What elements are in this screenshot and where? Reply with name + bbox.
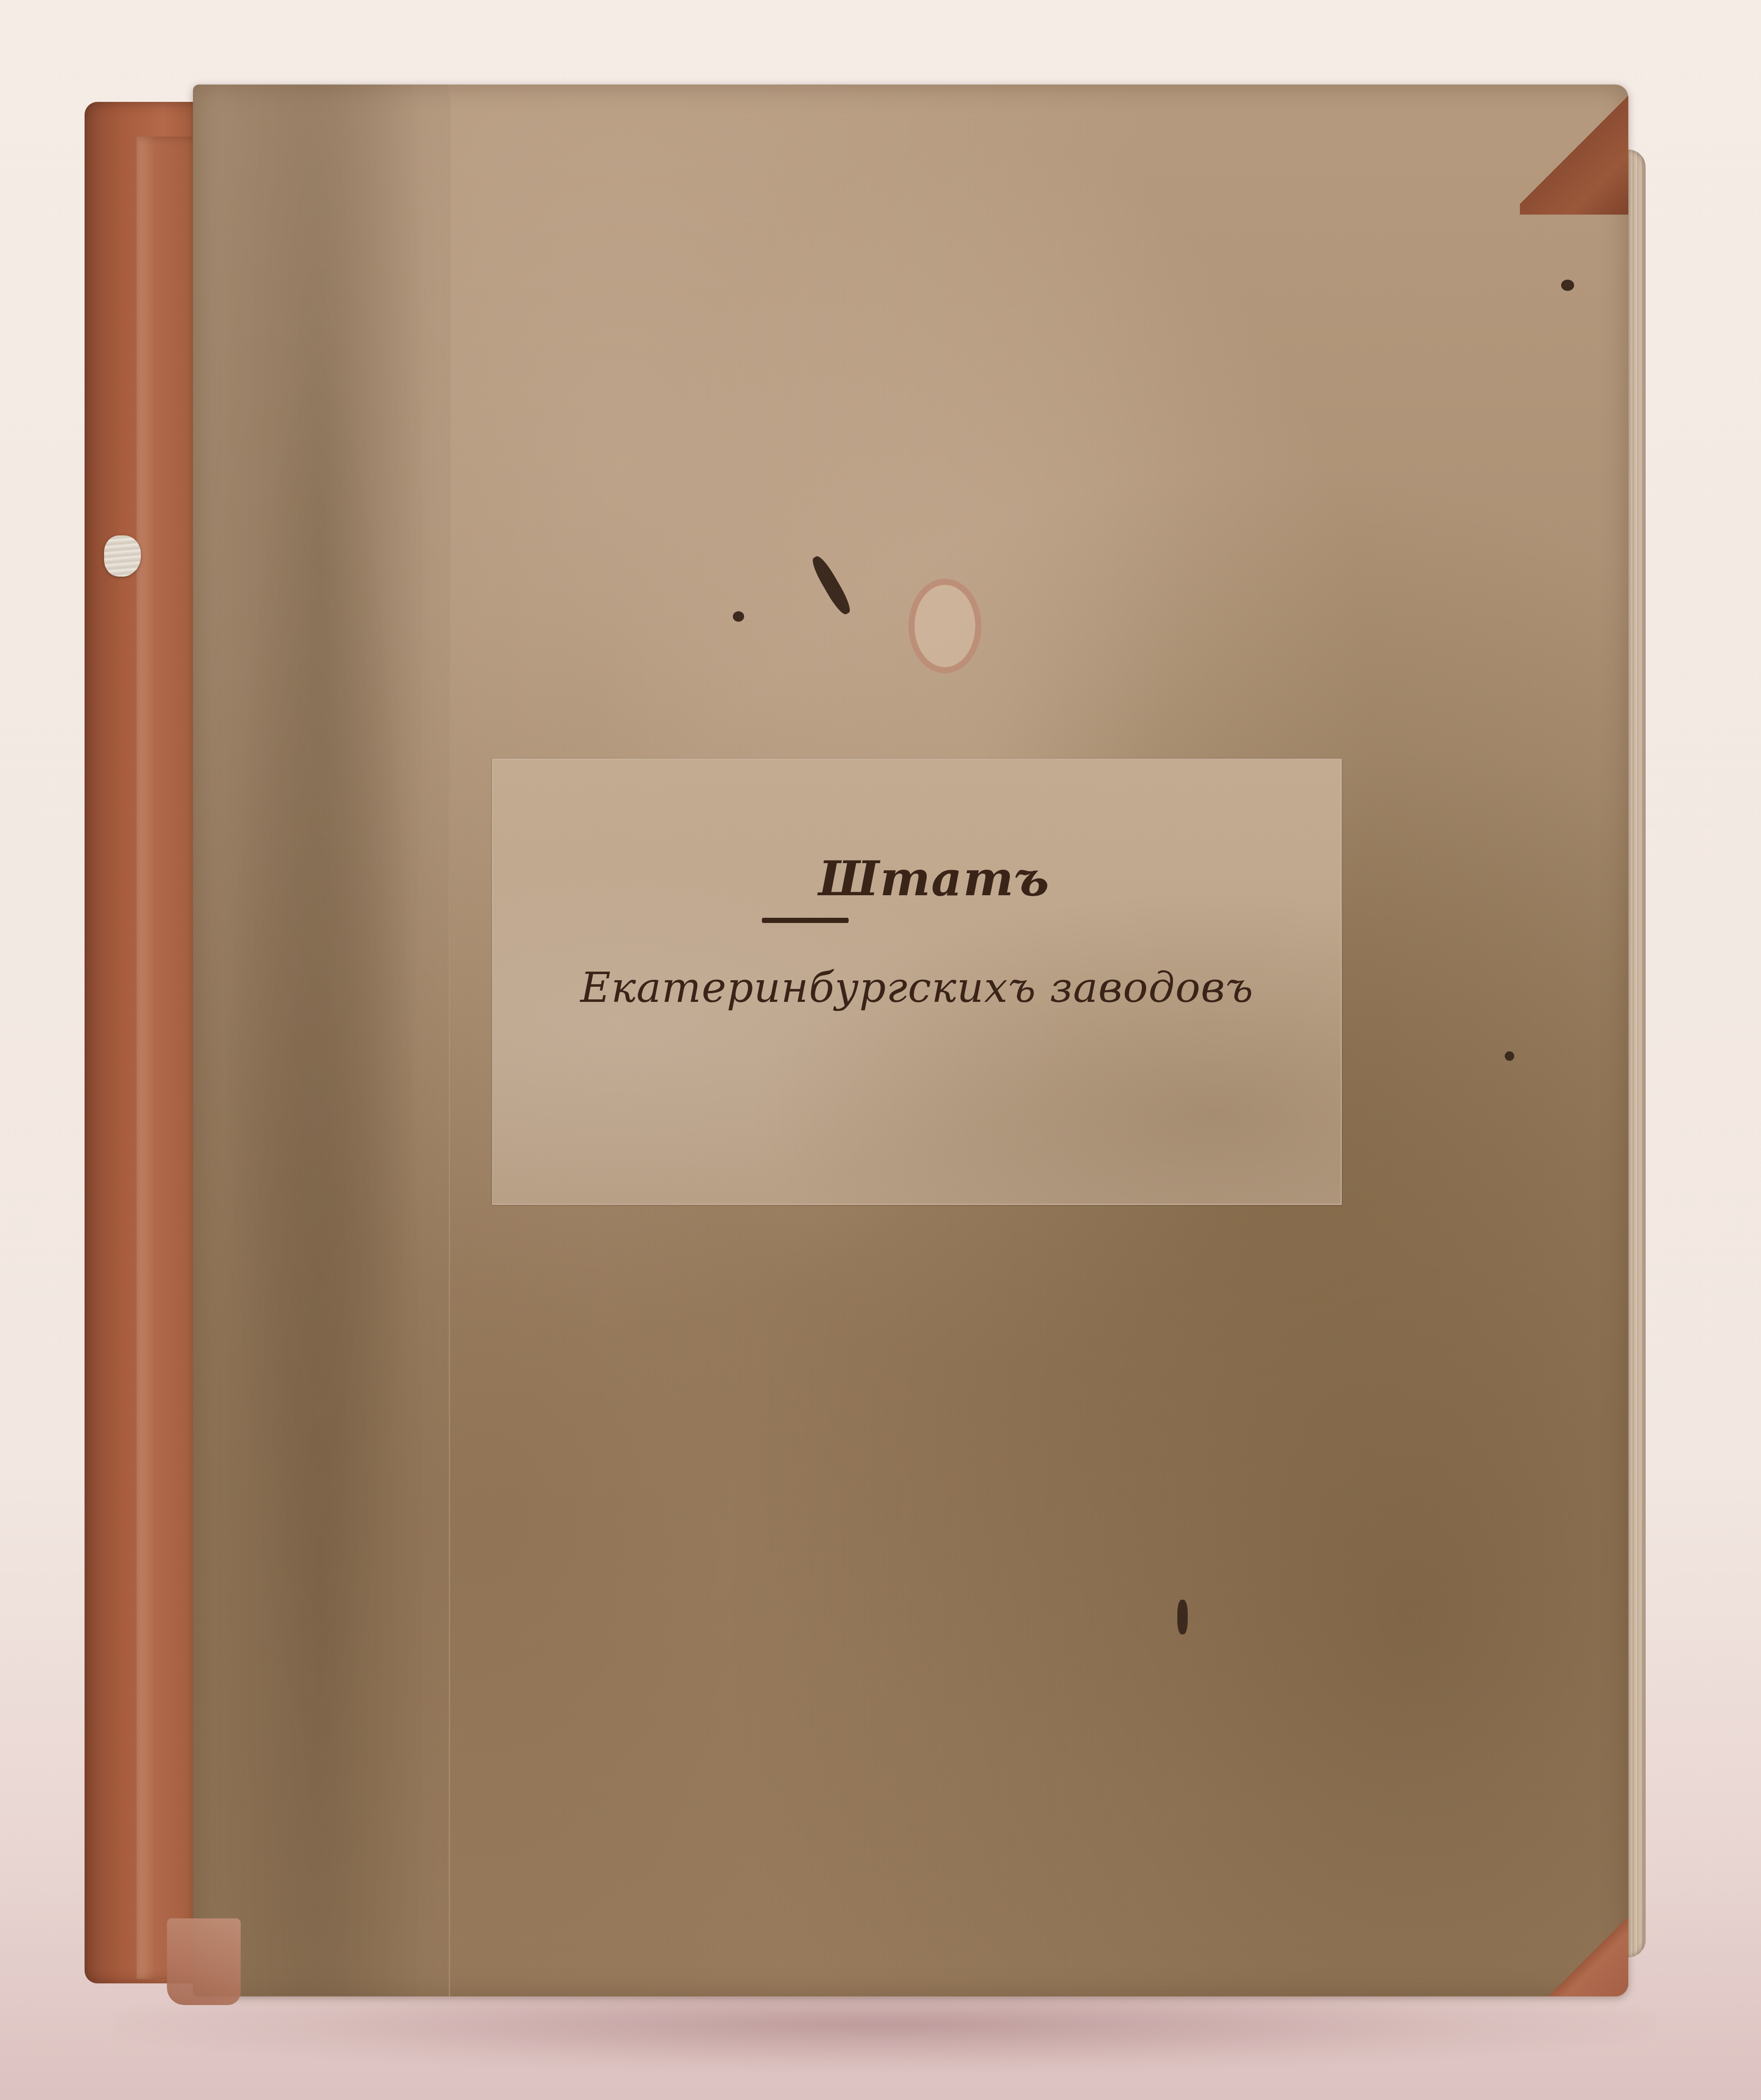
ink-blot-streak: [809, 554, 854, 617]
book: Штатъ Екатеринбургскихъ заводовъ: [85, 76, 1650, 2005]
leather-corner-top-right: [1520, 85, 1628, 215]
ink-blot: [1177, 1600, 1188, 1634]
label-underline-stroke: [762, 918, 849, 923]
leather-corner-bottom-left: [167, 1918, 241, 2005]
water-stain-ring: [908, 579, 981, 673]
ink-blot: [1561, 280, 1574, 291]
leather-corner-bottom-right: [1546, 1918, 1628, 1996]
ink-blot: [733, 611, 744, 622]
cover-spine-band: [193, 85, 450, 1996]
label-title-line: Штатъ: [493, 851, 1358, 907]
binding-thread: [104, 535, 141, 577]
front-cover: Штатъ Екатеринбургскихъ заводовъ: [193, 85, 1628, 1996]
title-label: Штатъ Екатеринбургскихъ заводовъ: [492, 759, 1342, 1205]
label-subtitle-line: Екатеринбургскихъ заводовъ: [493, 963, 1341, 1012]
ink-blot: [1505, 1051, 1514, 1061]
